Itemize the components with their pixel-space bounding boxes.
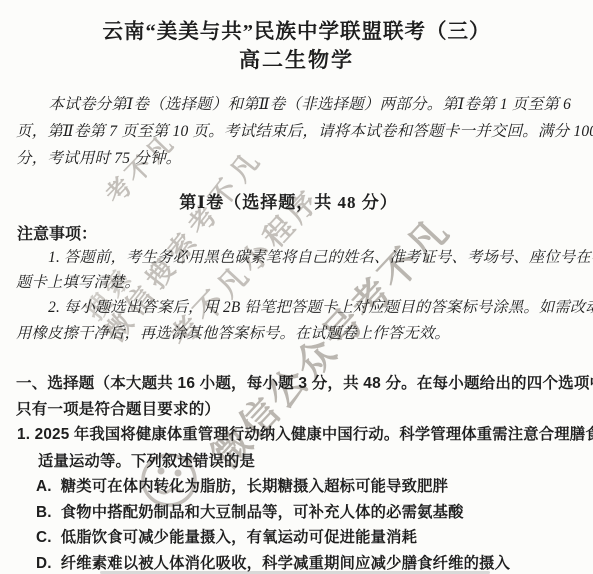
- part-1-heading-line: 只有一项是符合题目要求的）: [16, 397, 588, 423]
- question-1-line: 适量运动等。下列叙述错误的是: [17, 449, 587, 476]
- notice-line: 1. 答题前，考生务必用黑色碳素笔将自己的姓名、准考证号、考场号、座位号在答: [16, 245, 584, 270]
- option-d-label: D.: [36, 555, 52, 572]
- notice-line: 用橡皮擦干净后，再选涂其他答案标号。在试题卷上作答无效。: [16, 321, 584, 346]
- question-1-line: 1. 2025 年我国将健康体重管理行动纳入健康中国行动。科学管理体重需注意合理…: [17, 422, 587, 449]
- intro-paragraph: 本试卷分第Ⅰ卷（选择题）和第Ⅱ卷（非选择题）两部分。第Ⅰ卷第 1 页至第 6 页…: [16, 91, 582, 172]
- option-a: A.糖类可在体内转化为脂肪，长期糖摄入超标可能导致肥胖: [36, 474, 588, 500]
- notice-line: 2. 每小题选出答案后，用 2B 铅笔把答题卡上对应题目的答案标号涂黑。如需改动…: [16, 295, 584, 320]
- option-a-label: A.: [36, 478, 52, 495]
- option-a-text: 糖类可在体内转化为脂肪，长期糖摄入超标可能导致肥胖: [61, 478, 448, 495]
- option-c: C.低脂饮食可减少能量摄入，有氧运动可促进能量消耗: [36, 525, 588, 551]
- intro-line: 页，第Ⅱ卷第 7 页至第 10 页。考试结束后，请将本试卷和答题卡一并交回。满分…: [16, 118, 582, 145]
- option-b-label: B.: [36, 504, 52, 521]
- option-b-text: 食物中搭配奶制品和大豆制品等，可补充人体的必需氨基酸: [61, 504, 464, 521]
- paper-subject-title: 高二生物学: [0, 44, 593, 74]
- intro-line: 本试卷分第Ⅰ卷（选择题）和第Ⅱ卷（非选择题）两部分。第Ⅰ卷第 1 页至第 6: [16, 91, 582, 118]
- notice-heading: 注意事项：: [17, 221, 97, 244]
- option-d-text: 纤维素难以被人体消化吸收，科学减重期间应减少膳食纤维的摄入: [61, 555, 510, 572]
- paper-title: 云南“美美与共”民族中学联盟联考（三）: [0, 14, 593, 44]
- option-c-text: 低脂饮食可减少能量摄入，有氧运动可促进能量消耗: [61, 529, 417, 546]
- question-1: 1. 2025 年我国将健康体重管理行动纳入健康中国行动。科学管理体重需注意合理…: [17, 422, 587, 475]
- part-1-heading: 一、选择题（本大题共 16 小题，每小题 3 分，共 48 分。在每小题给出的四…: [16, 371, 588, 422]
- part-1-heading-line: 一、选择题（本大题共 16 小题，每小题 3 分，共 48 分。在每小题给出的四…: [16, 371, 588, 397]
- section-1-header: 第Ⅰ卷（选择题，共 48 分）: [0, 188, 585, 213]
- option-c-label: C.: [36, 529, 52, 546]
- intro-line: 分，考试用时 75 分钟。: [16, 145, 582, 172]
- notice-list: 1. 答题前，考生务必用黑色碳素笔将自己的姓名、准考证号、考场号、座位号在答 题…: [16, 245, 584, 346]
- notice-line: 题卡上填写清楚。: [16, 270, 584, 295]
- question-1-options: A.糖类可在体内转化为脂肪，长期糖摄入超标可能导致肥胖 B.食物中搭配奶制品和大…: [36, 474, 588, 574]
- option-b: B.食物中搭配奶制品和大豆制品等，可补充人体的必需氨基酸: [36, 500, 588, 526]
- exam-paper-scan: 考不凡搜索微信搜索考不凡考不凡小程序微信公众号考不凡 云南“美美与共”民族中学联…: [0, 0, 593, 574]
